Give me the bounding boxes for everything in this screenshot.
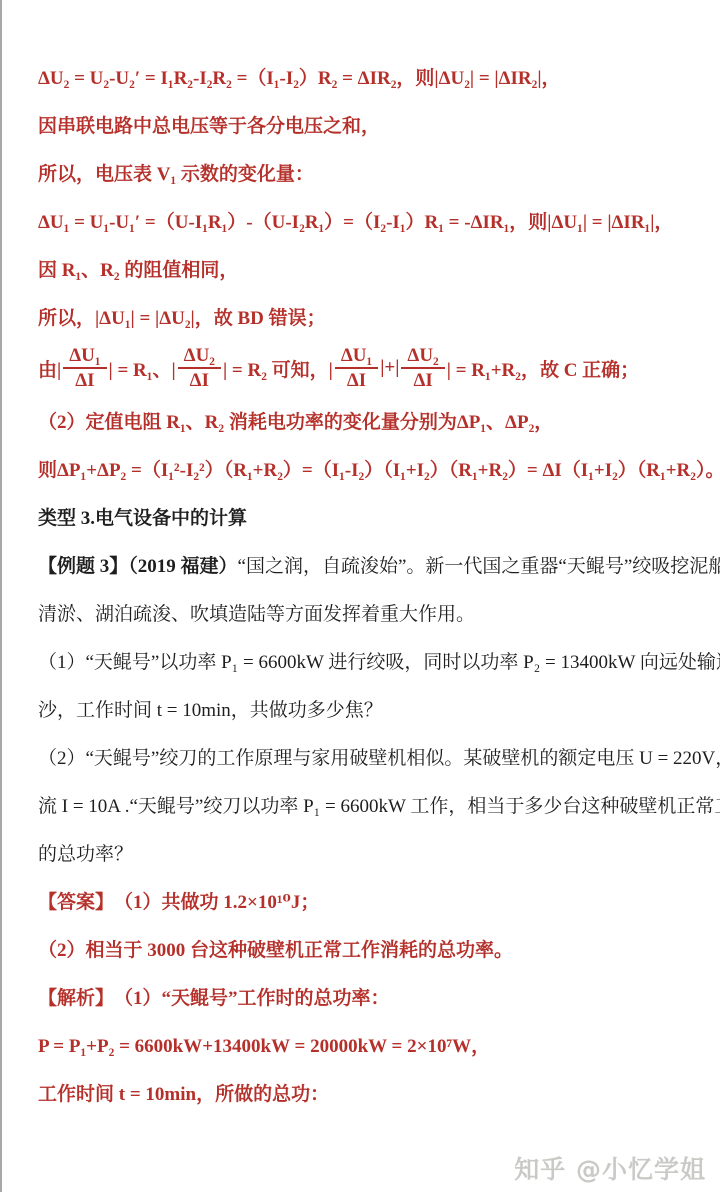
answer-text: （2）相当于 3000 台这种破壁机正常工作消耗的总功率。 [38,935,513,962]
formula-line-du2: ΔU₂ = U₂-U₂′ = I₁R₂-I₂R₂ =（I₁-I₂）R₂ = ΔI… [38,52,694,100]
problem-text: 的总功率？ [38,839,133,866]
fraction-numerator: ΔU₂ [401,345,444,369]
fraction-line-mid: | = R₂ 可知，| [223,355,333,382]
problem-text: （1）“天鲲号”以功率 P₁ = 6600kW 进行绞吸，同时以功率 P₂ = … [38,647,720,674]
fraction: ΔU₂ ΔI [401,345,444,392]
formula-text: ΔU₁ = U₁-U₁′ =（U-I₁R₁）-（U-I₂R₁）=（I₂-I₁）R… [38,207,673,234]
formula-total-power: P = P₁+P₂ = 6600kW+13400kW = 20000kW = 2… [38,1020,694,1068]
statement-text: 因 R₁、R₂ 的阻值相同， [38,255,238,282]
answer-text: （1）共做功 1.2×10¹⁰J； [114,887,319,914]
statement-text: （2）定值电阻 R₁、R₂ 消耗电功率的变化量分别为ΔP₁、ΔP₂， [38,407,553,434]
fraction: ΔU₂ ΔI [178,345,221,392]
document-content: ΔU₂ = U₂-U₂′ = I₁R₂-I₂R₂ =（I₁-I₂）R₂ = ΔI… [0,0,720,1116]
example-problem-intro: 【例题 3】（2019 福建） “国之润，自疏浚始”。新一代国之重器“天鲲号”绞… [38,540,694,588]
zhihu-watermark: 知乎 @小忆学姐 [514,1150,706,1186]
question-2-cont2: 的总功率？ [38,828,694,876]
fraction-denominator: ΔI [413,369,432,391]
problem-text: 沙，工作时间 t = 10min，共做功多少焦？ [38,695,383,722]
statement-text: 因串联电路中总电压等于各分电压之和， [38,111,380,138]
formula-fractions-line: 由| ΔU₁ ΔI | = R₁、| ΔU₂ ΔI | = R₂ 可知，| ΔU… [38,340,694,396]
formula-text: 则ΔP₁+ΔP₂ =（I₁²-I₂²）（R₁+R₂）=（I₁-I₂）（I₁+I₂… [38,455,720,482]
fraction-line-suffix: | = R₁+R₂，故 C 正确； [447,355,639,382]
analysis-label: 【解析】 [38,983,114,1010]
heading-text: 类型 3.电气设备中的计算 [38,503,247,530]
question-2: （2）“天鲲号”绞刀的工作原理与家用破壁机相似。某破壁机的额定电压 U = 22… [38,732,694,780]
section-heading: 类型 3.电气设备中的计算 [38,492,694,540]
fraction-denominator: ΔI [75,369,94,391]
conclusion-bd-wrong: 所以，|ΔU₁| = |ΔU₂|，故 BD 错误； [38,292,694,340]
answer-line-1: 【答案】 （1）共做功 1.2×10¹⁰J； [38,876,694,924]
fraction-line-mid: |+| [380,357,399,379]
question-1: （1）“天鲲号”以功率 P₁ = 6600kW 进行绞吸，同时以功率 P₂ = … [38,636,694,684]
statement-work-time: 工作时间 t = 10min，所做的总功： [38,1068,694,1116]
example-problem-intro-cont: 清淤、湖泊疏浚、吹填造陆等方面发挥着重大作用。 [38,588,694,636]
statement-equal-resistance: 因 R₁、R₂ 的阻值相同， [38,244,694,292]
fraction: ΔU₁ ΔI [63,345,106,392]
formula-line-du1: ΔU₁ = U₁-U₁′ =（U-I₁R₁）-（U-I₂R₁）=（I₂-I₁）R… [38,196,694,244]
analysis-heading-line: 【解析】 （1）“天鲲号”工作时的总功率： [38,972,694,1020]
fraction-denominator: ΔI [347,369,366,391]
formula-text: ΔU₂ = U₂-U₂′ = I₁R₂-I₂R₂ =（I₁-I₂）R₂ = ΔI… [38,63,561,90]
formula-text: P = P₁+P₂ = 6600kW+13400kW = 20000kW = 2… [38,1031,490,1058]
statement-text: 工作时间 t = 10min，所做的总功： [38,1079,329,1106]
fraction-numerator: ΔU₁ [63,345,106,369]
answer-line-2: （2）相当于 3000 台这种破壁机正常工作消耗的总功率。 [38,924,694,972]
fraction-numerator: ΔU₁ [335,345,378,369]
fraction-numerator: ΔU₂ [178,345,221,369]
question-2-cont: 流 I = 10A .“天鲲号”绞刀以功率 P₁ = 6600kW 工作，相当于… [38,780,694,828]
document-page: ΔU₂ = U₂-U₂′ = I₁R₂-I₂R₂ =（I₁-I₂）R₂ = ΔI… [0,0,720,1192]
answer-label: 【答案】 [38,887,114,914]
formula-power-sum: 则ΔP₁+ΔP₂ =（I₁²-I₂²）（R₁+R₂）=（I₁-I₂）（I₁+I₂… [38,444,694,492]
statement-text: 所以，电压表 V₁ 示数的变化量： [38,159,314,186]
statement-voltmeter-v1: 所以，电压表 V₁ 示数的变化量： [38,148,694,196]
problem-text: “国之润，自疏浚始”。新一代国之重器“天鲲号”绞吸挖泥船在河道 [238,551,720,578]
statement-series-voltage: 因串联电路中总电压等于各分电压之和， [38,100,694,148]
statement-text: 所以，|ΔU₁| = |ΔU₂|，故 BD 错误； [38,303,326,330]
fraction-line-prefix: 由| [38,355,61,382]
problem-text: （2）“天鲲号”绞刀的工作原理与家用破壁机相似。某破壁机的额定电压 U = 22… [38,743,720,770]
fraction: ΔU₁ ΔI [335,345,378,392]
statement-power-change: （2）定值电阻 R₁、R₂ 消耗电功率的变化量分别为ΔP₁、ΔP₂， [38,396,694,444]
fraction-line-mid: | = R₁、| [109,355,176,382]
problem-text: 流 I = 10A .“天鲲号”绞刀以功率 P₁ = 6600kW 工作，相当于… [38,791,720,818]
example-label: 【例题 3】（2019 福建） [38,551,238,578]
problem-text: 清淤、湖泊疏浚、吹填造陆等方面发挥着重大作用。 [38,599,475,626]
question-1-cont: 沙，工作时间 t = 10min，共做功多少焦？ [38,684,694,732]
analysis-text: （1）“天鲲号”工作时的总功率： [114,983,390,1010]
fraction-denominator: ΔI [190,369,209,391]
